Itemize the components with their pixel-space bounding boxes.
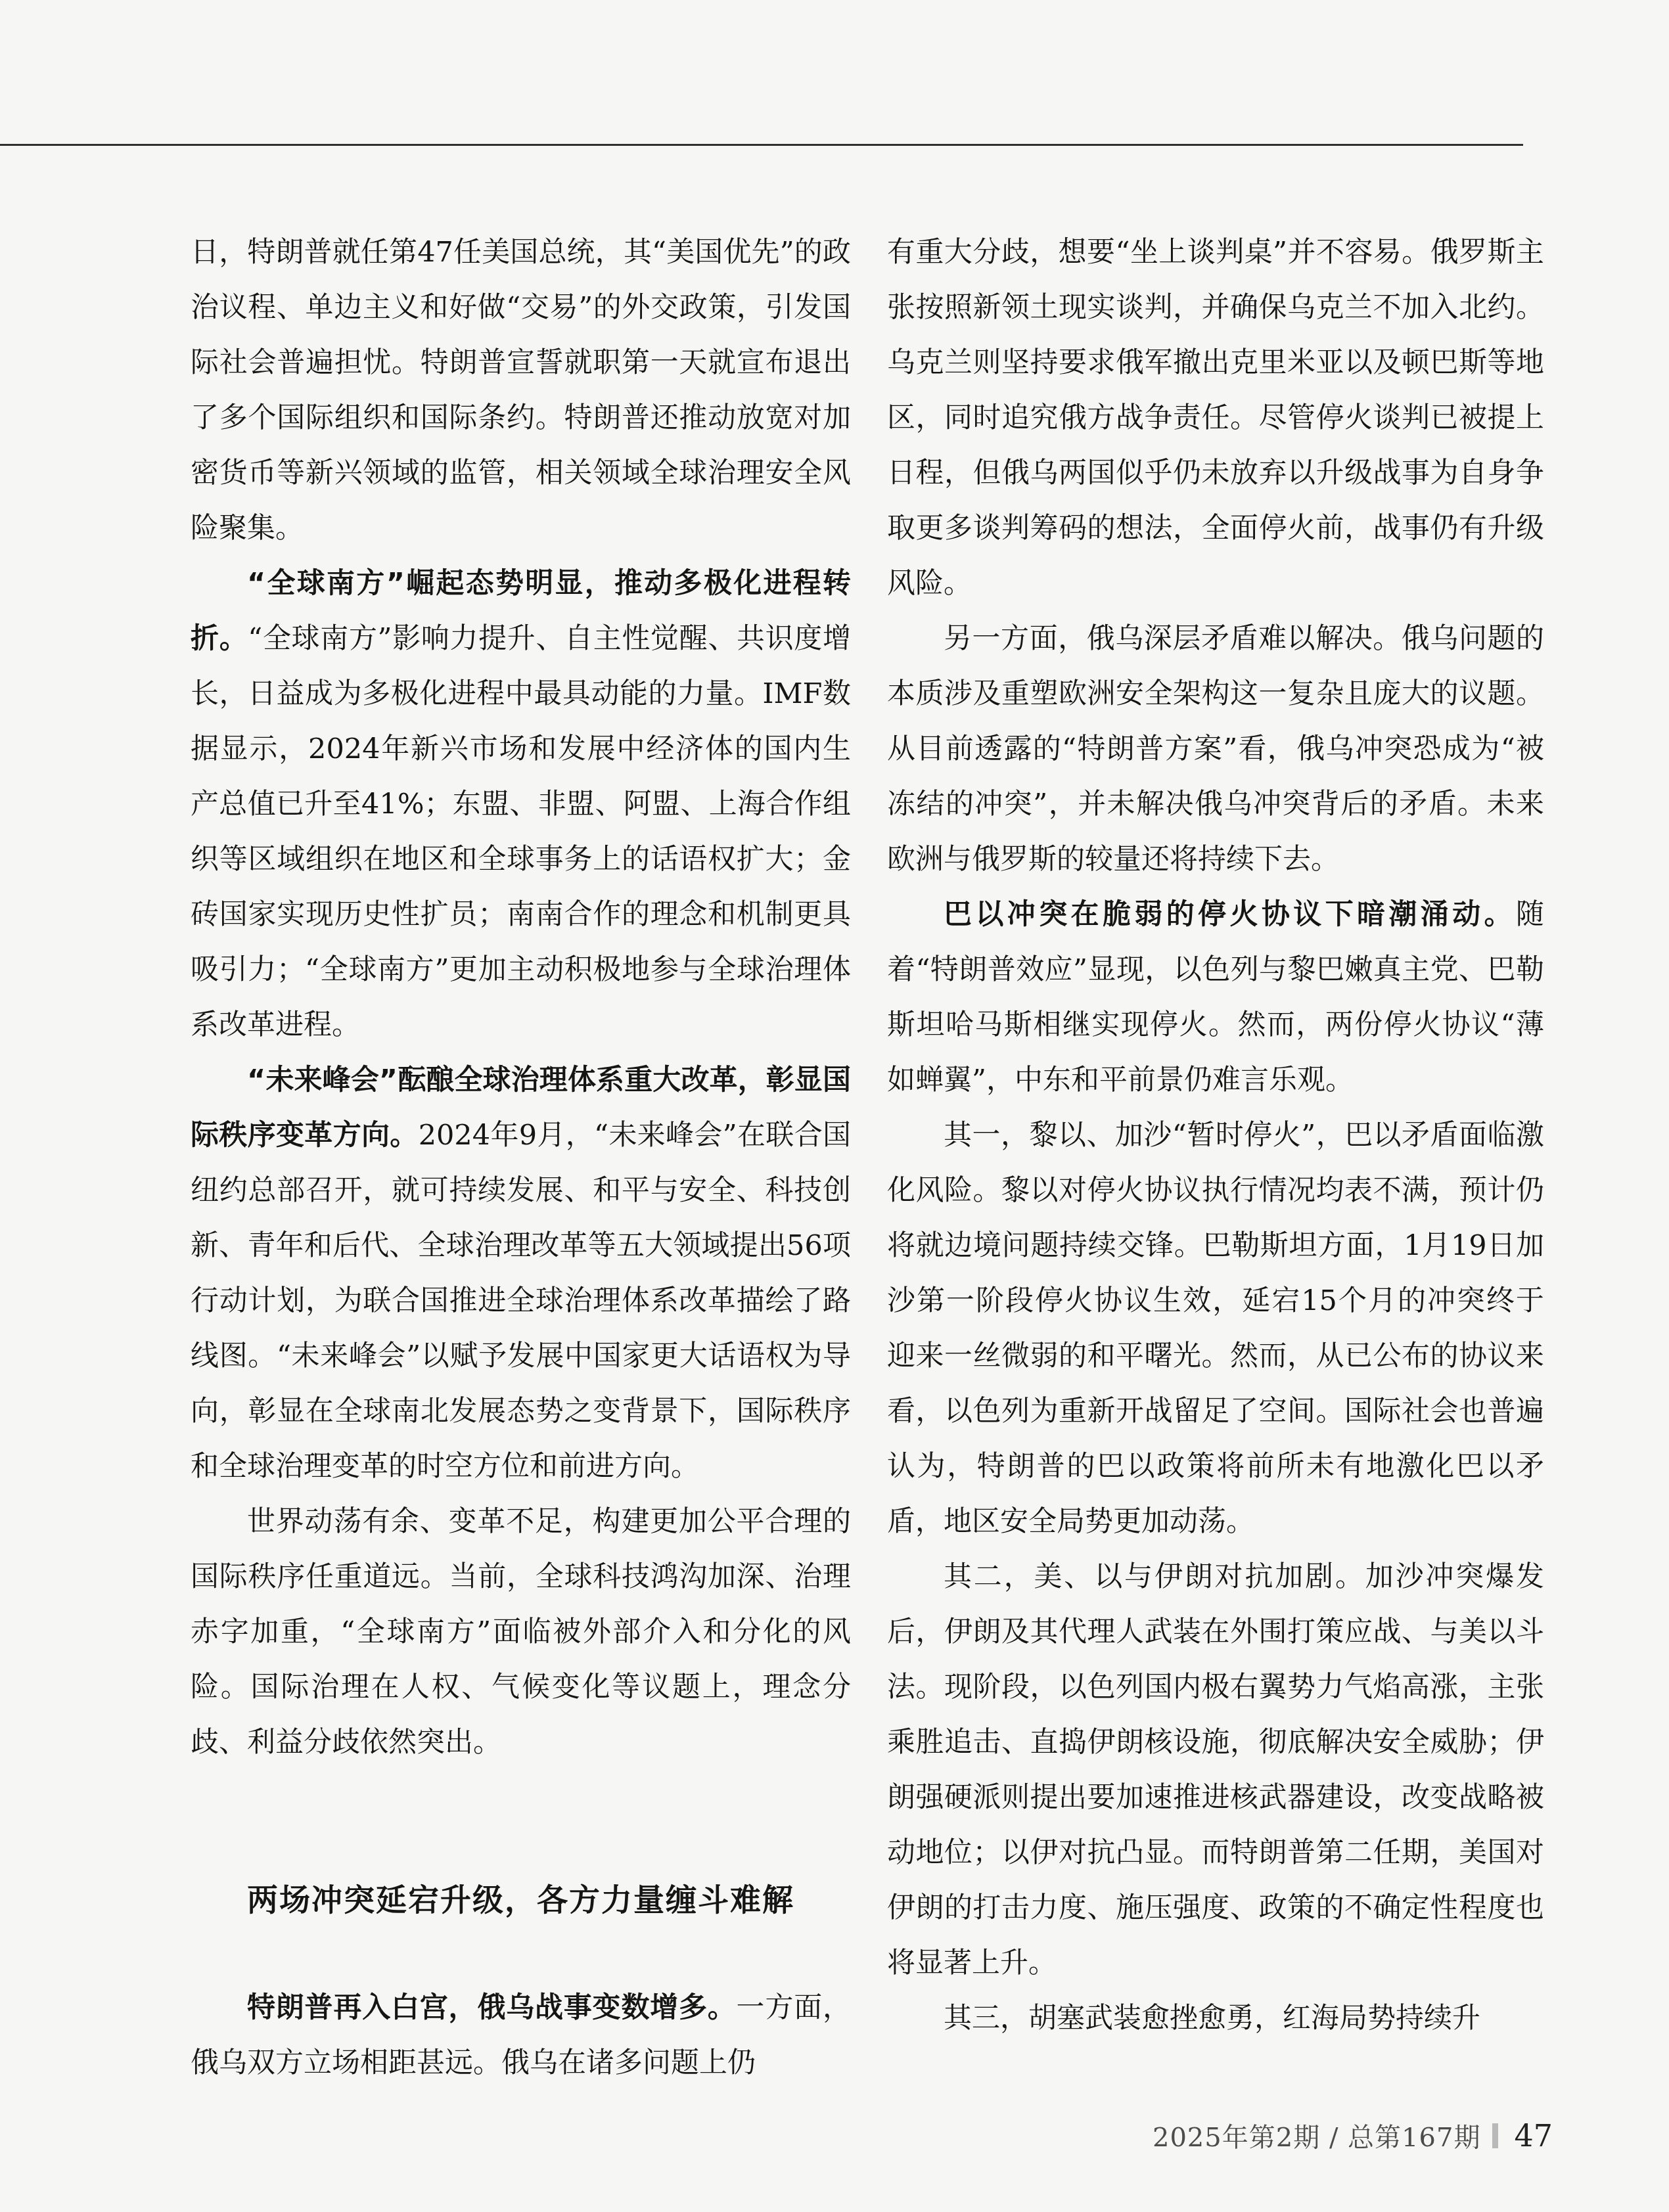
paragraph: 特朗普再入白宫，俄乌战事变数增多。一方面，俄乌双方立场相距甚远。俄乌在诸多问题上…	[191, 1980, 851, 2090]
paragraph-text: 另一方面，俄乌深层矛盾难以解决。俄乌问题的本质涉及重塑欧洲安全架构这一复杂且庞大…	[887, 622, 1544, 876]
paragraph-text: “全球南方”影响力提升、自主性觉醒、共识度增长，日益成为多极化进程中最具动能的力…	[191, 622, 851, 1041]
paragraph: “全球南方”崛起态势明显，推动多极化进程转折。“全球南方”影响力提升、自主性觉醒…	[191, 556, 851, 1052]
paragraph: 其一，黎以、加沙“暂时停火”，巴以矛盾面临激化风险。黎以对停火协议执行情况均表不…	[887, 1108, 1544, 1549]
paragraph-text: 2024年9月，“未来峰会”在联合国纽约总部召开，就可持续发展、和平与安全、科技…	[191, 1119, 851, 1483]
paragraph-text: 其二，美、以与伊朗对抗加剧。加沙冲突爆发后，伊朗及其代理人武装在外围打策应战、与…	[887, 1560, 1544, 1979]
footer-divider-bar	[1492, 2123, 1498, 2148]
paragraph: 日，特朗普就任第47任美国总统，其“美国优先”的政治议程、单边主义和好做“交易”…	[191, 225, 851, 556]
paragraph: 其三，胡塞武装愈挫愈勇，红海局势持续升	[887, 1991, 1544, 2046]
paragraph-lead: 特朗普再入白宫，俄乌战事变数增多。	[247, 1991, 737, 2024]
paragraph: 世界动荡有余、变革不足，构建更加公平合理的国际秩序任重道远。当前，全球科技鸿沟加…	[191, 1494, 851, 1770]
paragraph-lead: 巴以冲突在脆弱的停火协议下暗潮涌动。	[944, 898, 1516, 931]
paragraph-text: 有重大分歧，想要“坐上谈判桌”并不容易。俄罗斯主张按照新领土现实谈判，并确保乌克…	[887, 236, 1544, 600]
paragraph: 另一方面，俄乌深层矛盾难以解决。俄乌问题的本质涉及重塑欧洲安全架构这一复杂且庞大…	[887, 611, 1544, 887]
paragraph-text: 其三，胡塞武装愈挫愈勇，红海局势持续升	[944, 2002, 1480, 2035]
issue-info: 2025年第2期 / 总第167期	[1153, 2117, 1481, 2154]
paragraph-text: 其一，黎以、加沙“暂时停火”，巴以矛盾面临激化风险。黎以对停火协议执行情况均表不…	[887, 1119, 1544, 1538]
paragraph-text: 日，特朗普就任第47任美国总统，其“美国优先”的政治议程、单边主义和好做“交易”…	[191, 236, 851, 545]
paragraph-text: 世界动荡有余、变革不足，构建更加公平合理的国际秩序任重道远。当前，全球科技鸿沟加…	[191, 1505, 851, 1759]
paragraph: 有重大分歧，想要“坐上谈判桌”并不容易。俄罗斯主张按照新领土现实谈判，并确保乌克…	[887, 225, 1544, 611]
paragraph: 巴以冲突在脆弱的停火协议下暗潮涌动。随着“特朗普效应”显现，以色列与黎巴嫩真主党…	[887, 887, 1544, 1108]
right-column: 有重大分歧，想要“坐上谈判桌”并不容易。俄罗斯主张按照新领土现实谈判，并确保乌克…	[887, 225, 1544, 2046]
section-heading: 两场冲突延宕升级，各方力量缠斗难解	[191, 1880, 851, 1921]
paragraph: “未来峰会”酝酿全球治理体系重大改革，彰显国际秩序变革方向。2024年9月，“未…	[191, 1052, 851, 1494]
paragraph: 其二，美、以与伊朗对抗加剧。加沙冲突爆发后，伊朗及其代理人武装在外围打策应战、与…	[887, 1549, 1544, 1991]
page-footer: 2025年第2期 / 总第167期 47	[1153, 2117, 1553, 2154]
header-rule	[0, 144, 1523, 146]
left-column: 日，特朗普就任第47任美国总统，其“美国优先”的政治议程、单边主义和好做“交易”…	[191, 225, 851, 2090]
page-number: 47	[1514, 2118, 1553, 2154]
